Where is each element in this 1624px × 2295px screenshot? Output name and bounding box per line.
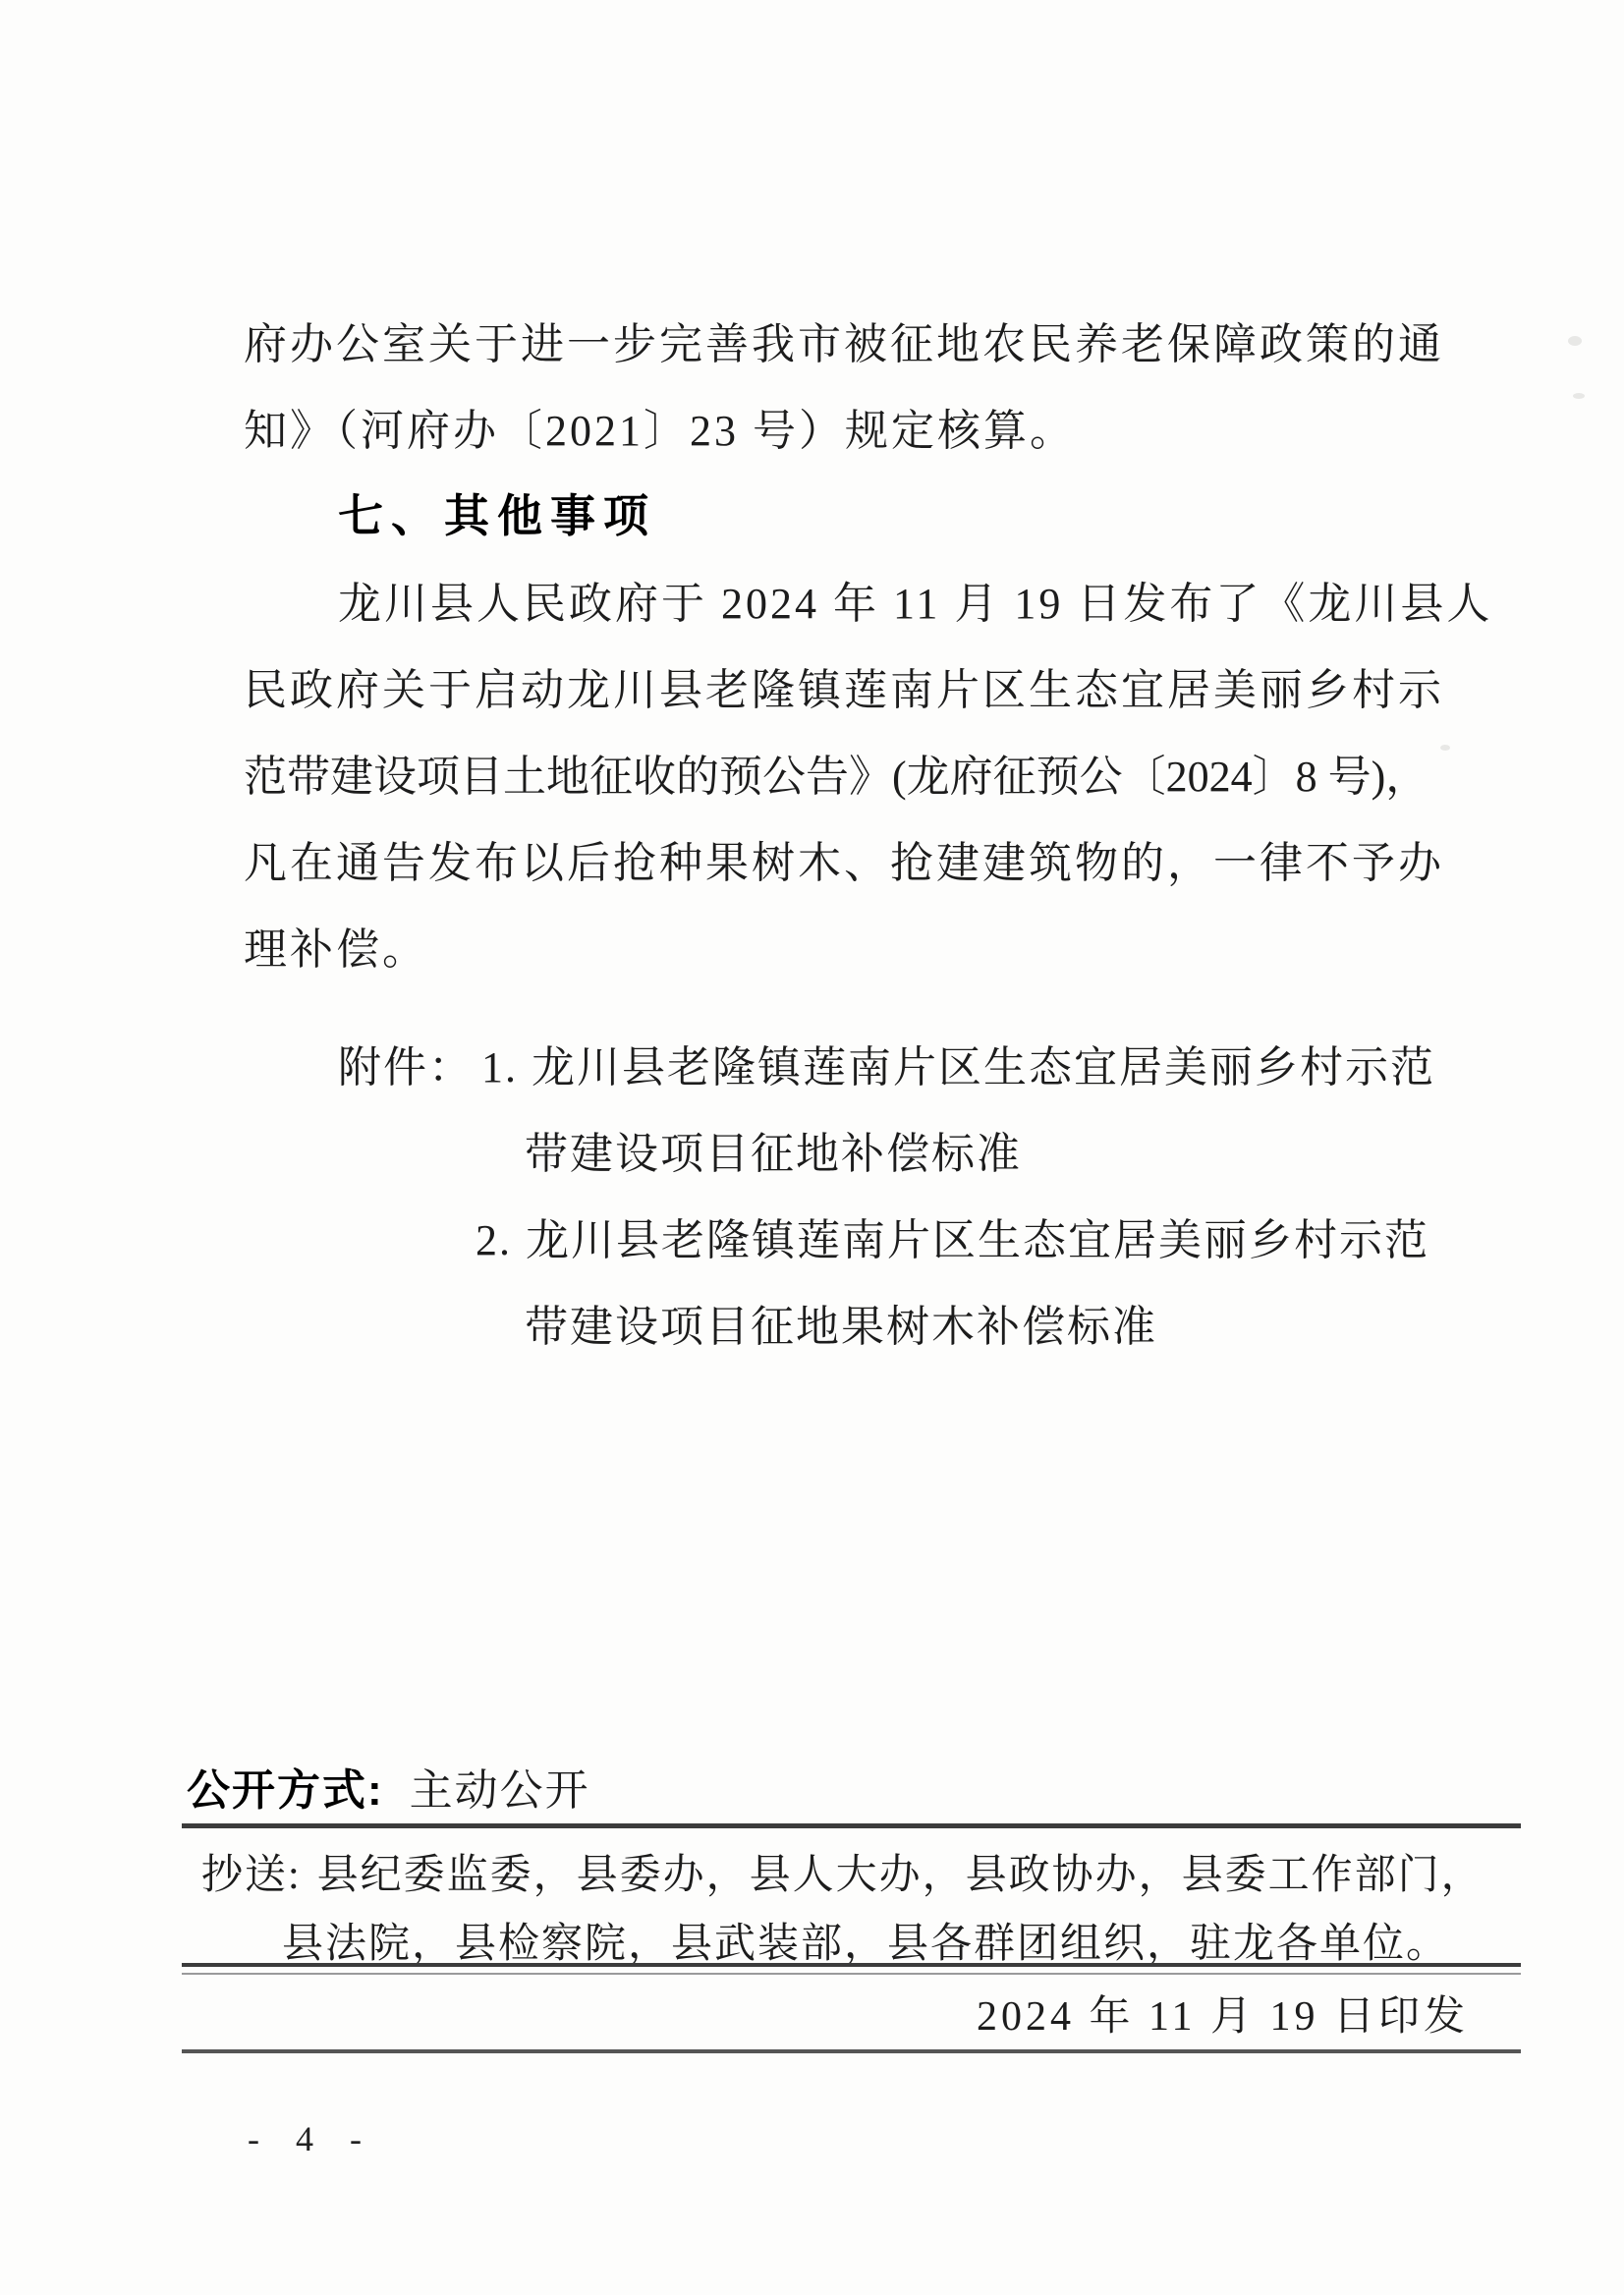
publicity-value: 主动公开 xyxy=(410,1766,590,1815)
scan-artifact xyxy=(1573,393,1585,399)
attachment-2-title-line-1: 龙川县老隆镇莲南片区生态宜居美丽乡村示范 xyxy=(526,1216,1429,1264)
page-number: - 4 - xyxy=(248,2114,375,2163)
attachment-2-number: 2. xyxy=(476,1216,512,1264)
attachment-1-title-line-1: 龙川县老隆镇莲南片区生态宜居美丽乡村示范 xyxy=(532,1043,1435,1092)
cc-list-line-1: 县纪委监委，县委办，县人大办，县政协办，县委工作部门， xyxy=(317,1853,1484,1898)
body-line-1: 府办公室关于进一步完善我市被征地农民养老保障政策的通 xyxy=(244,320,1444,369)
scan-artifact xyxy=(1440,745,1450,751)
section-heading: 七、其他事项 xyxy=(338,491,656,540)
body-line-6: 范带建设项目土地征收的预公告》(龙府征预公〔2024〕8 号)， xyxy=(244,753,1428,802)
publicity-row: 公开方式:主动公开 xyxy=(187,1766,590,1816)
body-line-7: 凡在通告发布以后抢种果树木、抢建建筑物的，一律不予办 xyxy=(244,839,1444,888)
divider-line-bottom xyxy=(182,2049,1521,2053)
divider-line-middle xyxy=(182,1963,1521,1967)
print-date: 2024 年 11 月 19 日印发 xyxy=(977,1992,1469,2042)
attachment-item-1-line-1: 附件：1.龙川县老隆镇莲南片区生态宜居美丽乡村示范 xyxy=(338,1043,1435,1092)
body-line-5: 民政府关于启动龙川县老隆镇莲南片区生态宜居美丽乡村示 xyxy=(244,666,1444,715)
attachment-item-1-line-2: 带建设项目征地补偿标准 xyxy=(525,1130,1022,1179)
cc-label: 抄送: xyxy=(201,1853,302,1898)
divider-line-middle-shadow xyxy=(182,1973,1521,1975)
attachment-1-number: 1. xyxy=(481,1043,518,1092)
publicity-label: 公开方式: xyxy=(187,1766,384,1815)
attachment-item-2-line-1: 2.龙川县老隆镇莲南片区生态宜居美丽乡村示范 xyxy=(476,1216,1429,1265)
body-line-4: 龙川县人民政府于 2024 年 11 月 19 日发布了《龙川县人 xyxy=(338,580,1492,629)
cc-list-line-2: 县法院，县检察院，县武装部，县各群团组织，驻龙各单位。 xyxy=(282,1920,1449,1969)
attachments-label: 附件： xyxy=(338,1043,474,1092)
body-line-8: 理补偿。 xyxy=(244,925,428,975)
scan-artifact xyxy=(1568,336,1582,346)
attachment-item-2-line-2: 带建设项目征地果树木补偿标准 xyxy=(525,1303,1157,1352)
body-line-2: 知》（河府办〔2021〕23 号）规定核算。 xyxy=(244,407,1076,456)
document-page: 府办公室关于进一步完善我市被征地农民养老保障政策的通 知》（河府办〔2021〕2… xyxy=(0,0,1624,2295)
cc-row-1: 抄送:县纪委监委，县委办，县人大办，县政协办，县委工作部门， xyxy=(201,1851,1484,1900)
divider-line-top xyxy=(182,1823,1521,1828)
